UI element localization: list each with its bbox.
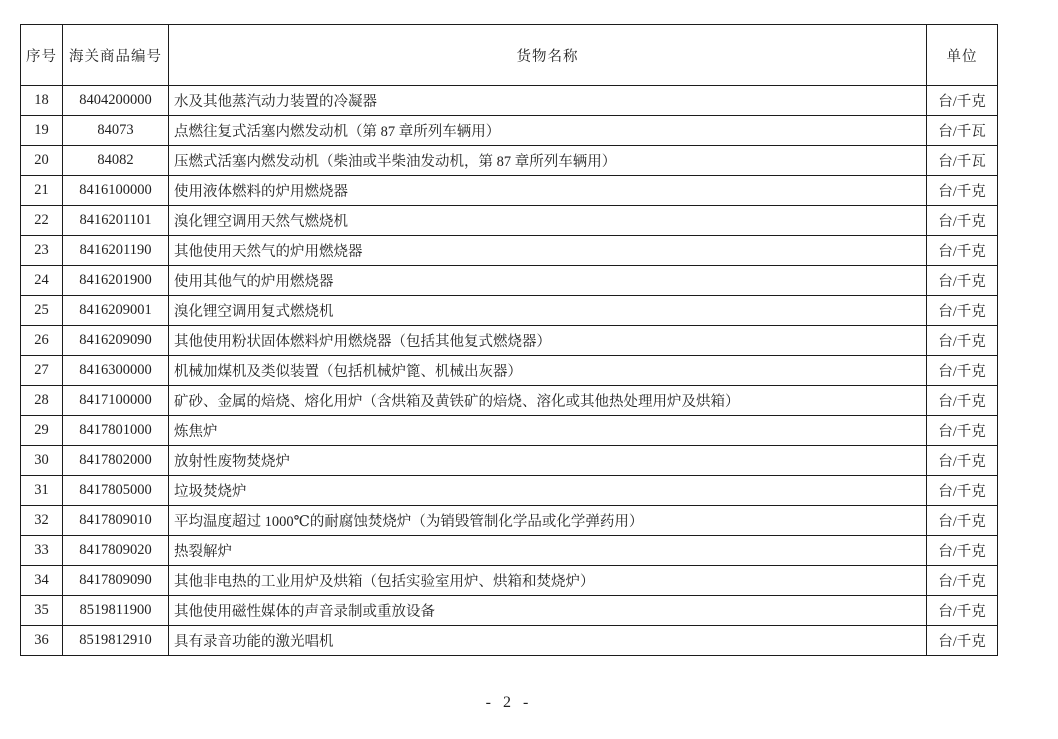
table-row: 308417802000放射性废物焚烧炉台/千克 [21,446,998,476]
cell-goods-name: 点燃往复式活塞内燃发动机（第 87 章所列车辆用） [169,116,927,146]
table-row: 328417809010平均温度超过 1000℃的耐腐蚀焚烧炉（为销毁管制化学品… [21,506,998,536]
cell-unit: 台/千克 [927,266,998,296]
cell-goods-name: 其他使用粉状固体燃料炉用燃烧器（包括其他复式燃烧器） [169,326,927,356]
cell-commodity-code: 8519812910 [63,626,169,656]
cell-commodity-code: 8416300000 [63,356,169,386]
cell-commodity-code: 8417809010 [63,506,169,536]
cell-serial-number: 22 [21,206,63,236]
cell-unit: 台/千克 [927,536,998,566]
table-row: 248416201900使用其他气的炉用燃烧器台/千克 [21,266,998,296]
cell-goods-name: 矿砂、金属的焙烧、熔化用炉（含烘箱及黄铁矿的焙烧、溶化或其他热处理用炉及烘箱） [169,386,927,416]
cell-goods-name: 垃圾焚烧炉 [169,476,927,506]
table-row: 358519811900其他使用磁性媒体的声音录制或重放设备台/千克 [21,596,998,626]
cell-serial-number: 24 [21,266,63,296]
cell-serial-number: 23 [21,236,63,266]
cell-serial-number: 29 [21,416,63,446]
cell-unit: 台/千克 [927,236,998,266]
cell-serial-number: 34 [21,566,63,596]
table-row: 2084082压燃式活塞内燃发动机（柴油或半柴油发动机，第 87 章所列车辆用）… [21,146,998,176]
cell-commodity-code: 8404200000 [63,86,169,116]
cell-goods-name: 炼焦炉 [169,416,927,446]
table-row: 278416300000机械加煤机及类似装置（包括机械炉篦、机械出灰器）台/千克 [21,356,998,386]
cell-serial-number: 30 [21,446,63,476]
cell-commodity-code: 8416201101 [63,206,169,236]
cell-unit: 台/千克 [927,596,998,626]
cell-commodity-code: 8416201900 [63,266,169,296]
cell-goods-name: 水及其他蒸汽动力装置的冷凝器 [169,86,927,116]
cell-serial-number: 26 [21,326,63,356]
table-row: 238416201190其他使用天然气的炉用燃烧器台/千克 [21,236,998,266]
cell-unit: 台/千克 [927,506,998,536]
cell-serial-number: 33 [21,536,63,566]
cell-serial-number: 20 [21,146,63,176]
header-goods-name: 货物名称 [169,25,927,86]
cell-goods-name: 其他非电热的工业用炉及烘箱（包括实验室用炉、烘箱和焚烧炉） [169,566,927,596]
table-row: 288417100000矿砂、金属的焙烧、熔化用炉（含烘箱及黄铁矿的焙烧、溶化或… [21,386,998,416]
cell-goods-name: 平均温度超过 1000℃的耐腐蚀焚烧炉（为销毁管制化学品或化学弹药用） [169,506,927,536]
cell-unit: 台/千克 [927,326,998,356]
table-row: 338417809020热裂解炉台/千克 [21,536,998,566]
document-page: 序号 海关商品编号 货物名称 单位 188404200000水及其他蒸汽动力装置… [0,0,1058,739]
table-row: 368519812910具有录音功能的激光唱机台/千克 [21,626,998,656]
cell-commodity-code: 8416209090 [63,326,169,356]
cell-unit: 台/千克 [927,386,998,416]
page-number: - 2 - [20,694,998,712]
cell-unit: 台/千克 [927,626,998,656]
cell-goods-name: 机械加煤机及类似装置（包括机械炉篦、机械出灰器） [169,356,927,386]
cell-serial-number: 19 [21,116,63,146]
header-serial-number: 序号 [21,25,63,86]
cell-goods-name: 溴化锂空调用复式燃烧机 [169,296,927,326]
table-header-row: 序号 海关商品编号 货物名称 单位 [21,25,998,86]
cell-serial-number: 27 [21,356,63,386]
table-row: 348417809090其他非电热的工业用炉及烘箱（包括实验室用炉、烘箱和焚烧炉… [21,566,998,596]
customs-goods-table: 序号 海关商品编号 货物名称 单位 188404200000水及其他蒸汽动力装置… [20,24,998,656]
cell-commodity-code: 8417100000 [63,386,169,416]
cell-commodity-code: 8416201190 [63,236,169,266]
cell-unit: 台/千克 [927,206,998,236]
cell-goods-name: 其他使用天然气的炉用燃烧器 [169,236,927,266]
cell-unit: 台/千瓦 [927,146,998,176]
cell-commodity-code: 8416100000 [63,176,169,206]
table-row: 1984073点燃往复式活塞内燃发动机（第 87 章所列车辆用）台/千瓦 [21,116,998,146]
table-row: 268416209090其他使用粉状固体燃料炉用燃烧器（包括其他复式燃烧器）台/… [21,326,998,356]
cell-serial-number: 25 [21,296,63,326]
cell-unit: 台/千克 [927,176,998,206]
cell-goods-name: 其他使用磁性媒体的声音录制或重放设备 [169,596,927,626]
cell-serial-number: 35 [21,596,63,626]
cell-serial-number: 21 [21,176,63,206]
header-commodity-code: 海关商品编号 [63,25,169,86]
cell-unit: 台/千克 [927,296,998,326]
table-row: 188404200000水及其他蒸汽动力装置的冷凝器台/千克 [21,86,998,116]
table-row: 258416209001溴化锂空调用复式燃烧机台/千克 [21,296,998,326]
cell-commodity-code: 84082 [63,146,169,176]
cell-commodity-code: 8417802000 [63,446,169,476]
cell-serial-number: 18 [21,86,63,116]
cell-commodity-code: 8417801000 [63,416,169,446]
cell-unit: 台/千克 [927,86,998,116]
cell-commodity-code: 8417809020 [63,536,169,566]
table-row: 218416100000使用液体燃料的炉用燃烧器台/千克 [21,176,998,206]
cell-unit: 台/千克 [927,446,998,476]
cell-goods-name: 具有录音功能的激光唱机 [169,626,927,656]
header-unit: 单位 [927,25,998,86]
cell-unit: 台/千克 [927,476,998,506]
cell-commodity-code: 84073 [63,116,169,146]
cell-unit: 台/千克 [927,566,998,596]
table-row: 298417801000炼焦炉台/千克 [21,416,998,446]
cell-goods-name: 热裂解炉 [169,536,927,566]
cell-serial-number: 32 [21,506,63,536]
cell-commodity-code: 8417805000 [63,476,169,506]
table-body: 188404200000水及其他蒸汽动力装置的冷凝器台/千克1984073点燃往… [21,86,998,656]
cell-goods-name: 压燃式活塞内燃发动机（柴油或半柴油发动机，第 87 章所列车辆用） [169,146,927,176]
cell-unit: 台/千克 [927,356,998,386]
table-row: 228416201101溴化锂空调用天然气燃烧机台/千克 [21,206,998,236]
cell-commodity-code: 8417809090 [63,566,169,596]
cell-goods-name: 放射性废物焚烧炉 [169,446,927,476]
cell-unit: 台/千瓦 [927,116,998,146]
cell-goods-name: 使用液体燃料的炉用燃烧器 [169,176,927,206]
cell-unit: 台/千克 [927,416,998,446]
cell-goods-name: 溴化锂空调用天然气燃烧机 [169,206,927,236]
cell-serial-number: 36 [21,626,63,656]
cell-serial-number: 28 [21,386,63,416]
table-row: 318417805000垃圾焚烧炉台/千克 [21,476,998,506]
cell-goods-name: 使用其他气的炉用燃烧器 [169,266,927,296]
cell-commodity-code: 8519811900 [63,596,169,626]
cell-commodity-code: 8416209001 [63,296,169,326]
cell-serial-number: 31 [21,476,63,506]
